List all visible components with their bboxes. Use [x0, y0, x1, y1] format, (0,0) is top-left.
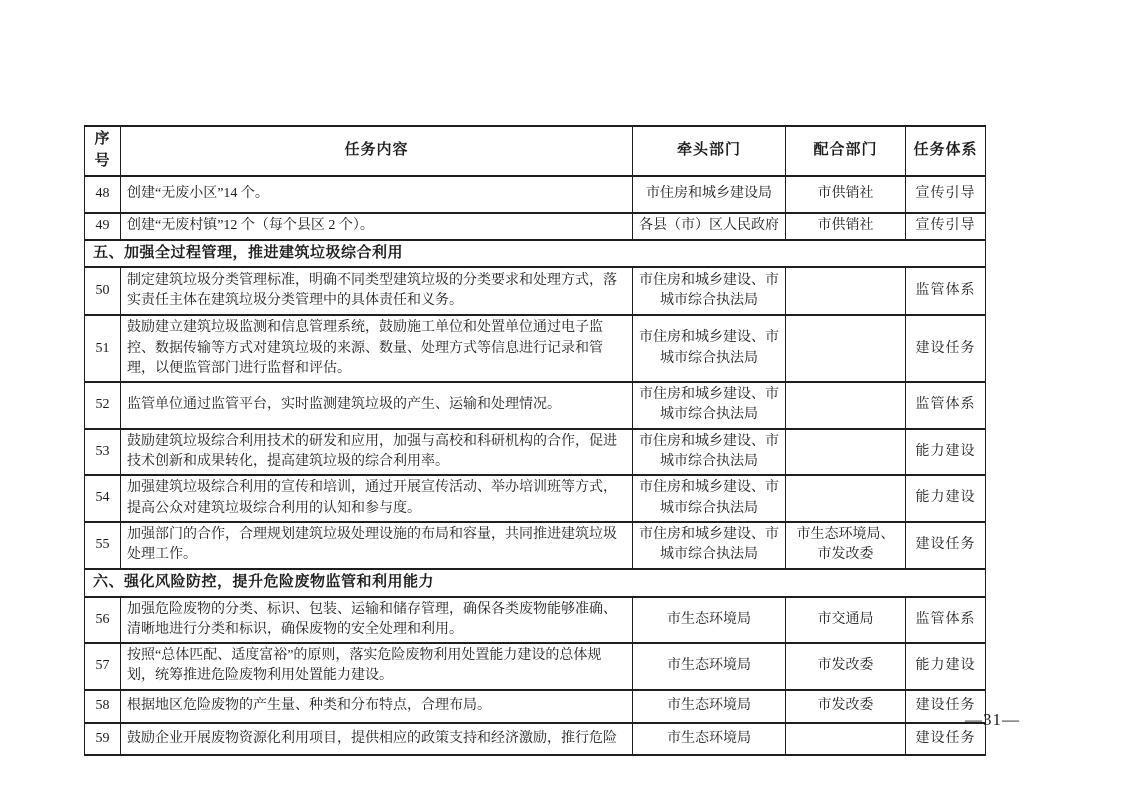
serial-cell: 57: [85, 643, 121, 690]
col-header-lead-dept: 牵头部门: [633, 126, 786, 176]
lead-dept-cell: 市住房和城乡建设、市城市综合执法局: [633, 475, 786, 522]
col-header-task-system: 任务体系: [906, 126, 986, 176]
task-system-cell: 能力建设: [906, 429, 986, 476]
task-system-cell: 宣传引导: [906, 213, 986, 240]
table-row: 51 鼓励建立建筑垃圾监测和信息管理系统，鼓励施工单位和处置单位通过电子监控、数…: [85, 315, 986, 382]
serial-cell: 49: [85, 213, 121, 240]
task-system-cell: 建设任务: [906, 315, 986, 382]
serial-cell: 50: [85, 267, 121, 315]
document-page: { "page": { "page_number": "—31—" }, "ta…: [0, 0, 1122, 793]
table-row: 49 创建“无废村镇”12 个（每个县区 2 个）。 各县（市）区人民政府 市供…: [85, 213, 986, 240]
task-system-cell: 监管体系: [906, 382, 986, 429]
lead-dept-cell: 市生态环境局: [633, 723, 786, 755]
task-cell: 加强危险废物的分类、标识、包装、运输和储存管理，确保各类废物能够准确、清晰地进行…: [121, 597, 633, 644]
lead-dept-cell: 市住房和城乡建设、市城市综合执法局: [633, 382, 786, 429]
support-dept-cell: [786, 315, 906, 382]
task-system-cell: 能力建设: [906, 643, 986, 690]
support-dept-cell: 市供销社: [786, 176, 906, 213]
section-title: 五、加强全过程管理，推进建筑垃圾综合利用: [85, 240, 986, 268]
serial-cell: 48: [85, 176, 121, 213]
task-cell: 按照“总体匹配、适度富裕”的原则，落实危险废物利用处置能力建设的总体规划，统筹推…: [121, 643, 633, 690]
support-dept-cell: [786, 429, 906, 476]
section-header-row: 六、强化风险防控，提升危险废物监管和利用能力: [85, 569, 986, 597]
serial-cell: 51: [85, 315, 121, 382]
table-row: 52 监管单位通过监管平台，实时监测建筑垃圾的产生、运输和处理情况。 市住房和城…: [85, 382, 986, 429]
serial-cell: 55: [85, 522, 121, 569]
section-header-row: 五、加强全过程管理，推进建筑垃圾综合利用: [85, 240, 986, 268]
task-cell: 根据地区危险废物的产生量、种类和分布特点，合理布局。: [121, 690, 633, 723]
serial-cell: 59: [85, 723, 121, 755]
lead-dept-cell: 市住房和城乡建设、市城市综合执法局: [633, 429, 786, 476]
task-system-cell: 建设任务: [906, 522, 986, 569]
col-header-support-dept: 配合部门: [786, 126, 906, 176]
task-system-cell: 宣传引导: [906, 176, 986, 213]
task-system-cell: 监管体系: [906, 597, 986, 644]
table-row: 56 加强危险废物的分类、标识、包装、运输和储存管理，确保各类废物能够准确、清晰…: [85, 597, 986, 644]
lead-dept-cell: 市住房和城乡建设、市城市综合执法局: [633, 267, 786, 315]
section-title: 六、强化风险防控，提升危险废物监管和利用能力: [85, 569, 986, 597]
task-table: 序号 任务内容 牵头部门 配合部门 任务体系 48 创建“无废小区”14 个。 …: [84, 125, 986, 756]
lead-dept-cell: 市生态环境局: [633, 643, 786, 690]
table-row: 58 根据地区危险废物的产生量、种类和分布特点，合理布局。 市生态环境局 市发改…: [85, 690, 986, 723]
task-cell: 制定建筑垃圾分类管理标准，明确不同类型建筑垃圾的分类要求和处理方式，落实责任主体…: [121, 267, 633, 315]
task-cell: 加强部门的合作，合理规划建筑垃圾处理设施的布局和容量，共同推进建筑垃圾处理工作。: [121, 522, 633, 569]
task-system-cell: 能力建设: [906, 475, 986, 522]
lead-dept-cell: 各县（市）区人民政府: [633, 213, 786, 240]
support-dept-cell: 市发改委: [786, 690, 906, 723]
table-row: 59 鼓励企业开展废物资源化利用项目，提供相应的政策支持和经济激励，推行危险 市…: [85, 723, 986, 755]
support-dept-cell: [786, 723, 906, 755]
serial-cell: 53: [85, 429, 121, 476]
serial-cell: 52: [85, 382, 121, 429]
table-row: 48 创建“无废小区”14 个。 市住房和城乡建设局 市供销社 宣传引导: [85, 176, 986, 213]
lead-dept-cell: 市住房和城乡建设局: [633, 176, 786, 213]
task-cell: 创建“无废村镇”12 个（每个县区 2 个）。: [121, 213, 633, 240]
task-cell: 鼓励企业开展废物资源化利用项目，提供相应的政策支持和经济激励，推行危险: [121, 723, 633, 755]
lead-dept-cell: 市生态环境局: [633, 690, 786, 723]
table-row: 55 加强部门的合作，合理规划建筑垃圾处理设施的布局和容量，共同推进建筑垃圾处理…: [85, 522, 986, 569]
support-dept-cell: [786, 475, 906, 522]
lead-dept-cell: 市生态环境局: [633, 597, 786, 644]
lead-dept-cell: 市住房和城乡建设、市城市综合执法局: [633, 522, 786, 569]
table-row: 57 按照“总体匹配、适度富裕”的原则，落实危险废物利用处置能力建设的总体规划，…: [85, 643, 986, 690]
support-dept-cell: 市供销社: [786, 213, 906, 240]
col-header-serial: 序号: [85, 126, 121, 176]
table-row: 53 鼓励建筑垃圾综合利用技术的研发和应用，加强与高校和科研机构的合作，促进技术…: [85, 429, 986, 476]
table-row: 50 制定建筑垃圾分类管理标准，明确不同类型建筑垃圾的分类要求和处理方式，落实责…: [85, 267, 986, 315]
support-dept-cell: [786, 382, 906, 429]
support-dept-cell: 市交通局: [786, 597, 906, 644]
support-dept-cell: [786, 267, 906, 315]
col-header-task-content: 任务内容: [121, 126, 633, 176]
serial-cell: 56: [85, 597, 121, 644]
task-cell: 创建“无废小区”14 个。: [121, 176, 633, 213]
task-system-cell: 监管体系: [906, 267, 986, 315]
task-cell: 鼓励建筑垃圾综合利用技术的研发和应用，加强与高校和科研机构的合作，促进技术创新和…: [121, 429, 633, 476]
support-dept-cell: 市生态环境局、市发改委: [786, 522, 906, 569]
task-cell: 鼓励建立建筑垃圾监测和信息管理系统，鼓励施工单位和处置单位通过电子监控、数据传输…: [121, 315, 633, 382]
support-dept-cell: 市发改委: [786, 643, 906, 690]
serial-cell: 54: [85, 475, 121, 522]
serial-cell: 58: [85, 690, 121, 723]
task-cell: 加强建筑垃圾综合利用的宣传和培训，通过开展宣传活动、举办培训班等方式，提高公众对…: [121, 475, 633, 522]
table-header-row: 序号 任务内容 牵头部门 配合部门 任务体系: [85, 126, 986, 176]
task-cell: 监管单位通过监管平台，实时监测建筑垃圾的产生、运输和处理情况。: [121, 382, 633, 429]
table-row: 54 加强建筑垃圾综合利用的宣传和培训，通过开展宣传活动、举办培训班等方式，提高…: [85, 475, 986, 522]
lead-dept-cell: 市住房和城乡建设、市城市综合执法局: [633, 315, 786, 382]
page-number: —31—: [965, 710, 1020, 730]
